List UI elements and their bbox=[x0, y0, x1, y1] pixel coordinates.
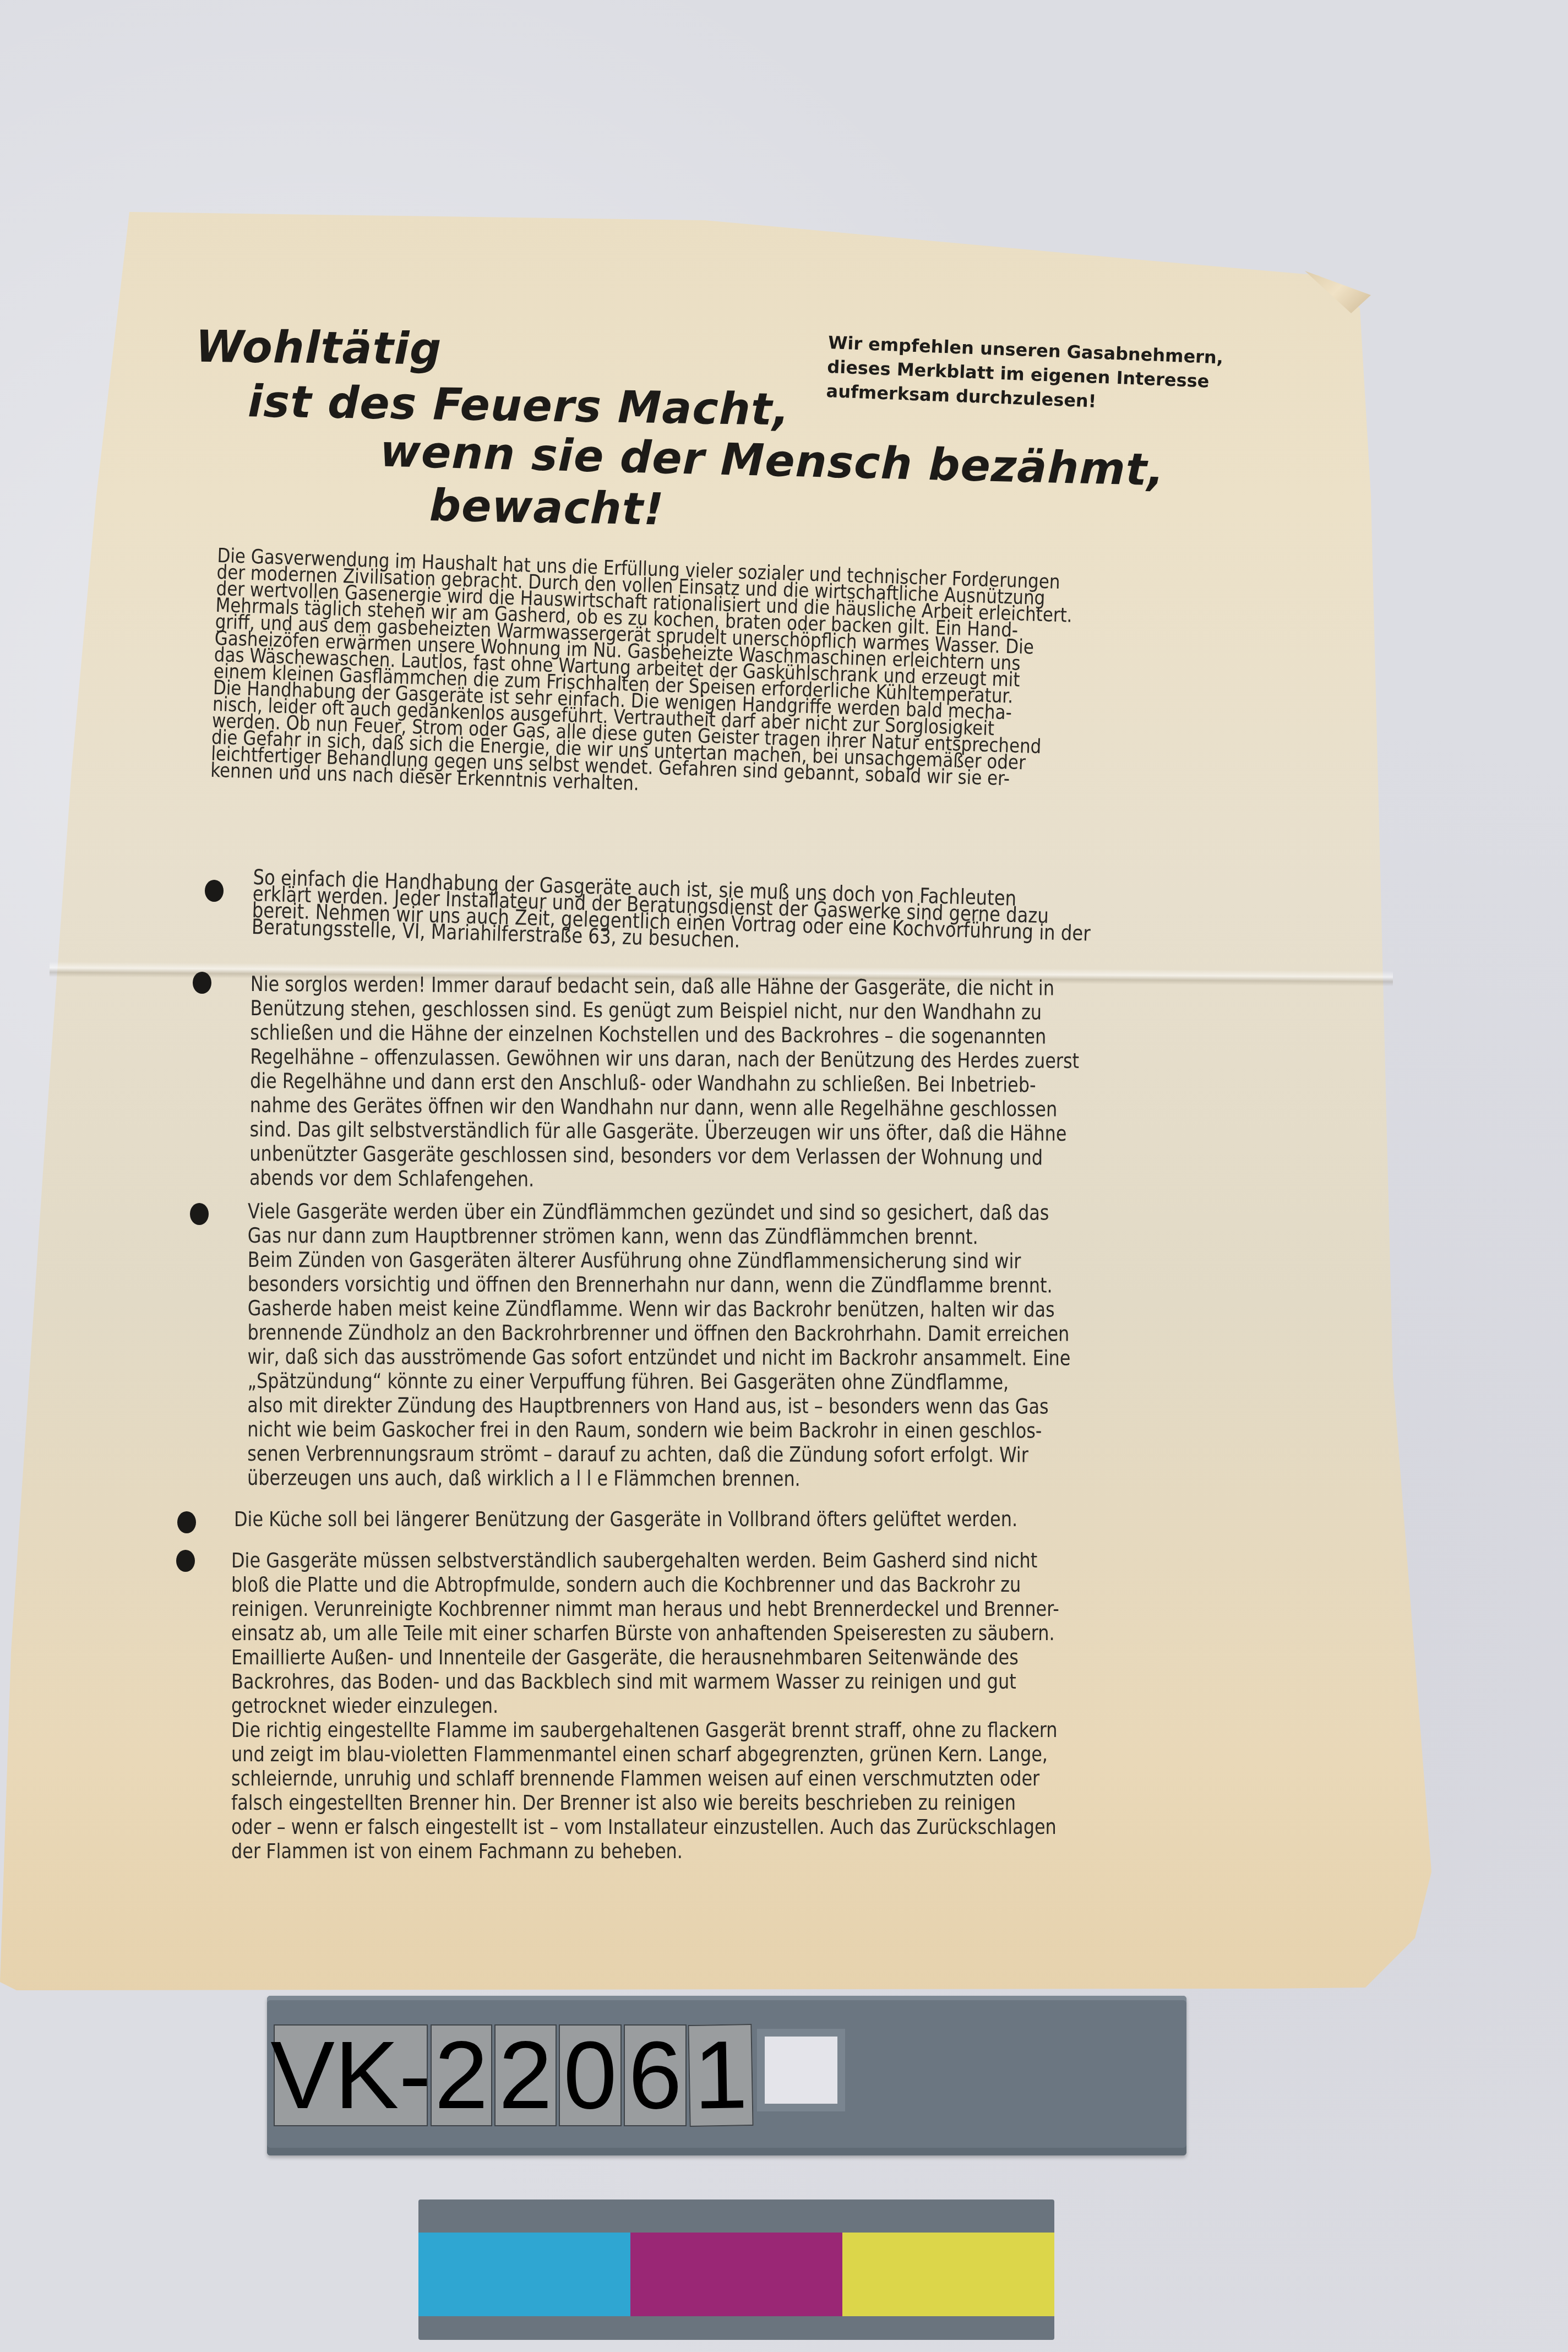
text-line: unbenützter Gasgeräte geschlossen sind, … bbox=[249, 1141, 1079, 1170]
text-line: nahme des Gerätes öffnen wir den Wandhah… bbox=[250, 1093, 1079, 1121]
bullet-paragraph-taps: Nie sorglos werden! Immer darauf bedacht… bbox=[249, 972, 1080, 1194]
headline-line-2: ist des Feuers Macht, bbox=[247, 375, 790, 435]
text-line: Benützung stehen, geschlossen sind. Es g… bbox=[251, 996, 1080, 1025]
text-line: Regelhähne – offenzulassen. Gewöhnen wir… bbox=[250, 1044, 1079, 1073]
magenta-swatch bbox=[630, 2233, 842, 2316]
text-line: Beim Zünden von Gasgeräten älterer Ausfü… bbox=[248, 1248, 1071, 1273]
text-line: Nie sorglos werden! Immer darauf bedacht… bbox=[251, 972, 1080, 1000]
text-line: falsch eingestellten Brenner hin. Der Br… bbox=[231, 1790, 1059, 1815]
text-line: also mit direkter Zündung des Hauptbrenn… bbox=[247, 1393, 1070, 1419]
text-line: Gas nur dann zum Hauptbrenner strömen ka… bbox=[248, 1223, 1071, 1249]
yellow-swatch bbox=[842, 2233, 1054, 2316]
text-line: Emaillierte Außen- und Innenteile der Ga… bbox=[231, 1645, 1059, 1669]
cyan-swatch bbox=[418, 2233, 630, 2316]
text-line: die Regelhähne und dann erst den Anschlu… bbox=[250, 1069, 1079, 1097]
bullet-paragraph-cleaning: Die Gasgeräte müssen selbstverständlich … bbox=[231, 1548, 1059, 1863]
text-line: sind. Das gilt selbstverständlich für al… bbox=[249, 1117, 1079, 1146]
bullet-icon bbox=[205, 880, 224, 902]
label-tile-digit: 6 bbox=[624, 2024, 687, 2126]
text-line: schleiernde, unruhig und schlaff brennen… bbox=[231, 1766, 1059, 1790]
text-line: Viele Gasgeräte werden über ein Zündfläm… bbox=[248, 1199, 1071, 1225]
bullet-paragraph-ventilation: Die Küche soll bei längerer Benützung de… bbox=[234, 1507, 1017, 1531]
label-empty-slot bbox=[757, 2029, 845, 2111]
text-line: Gasherde haben meist keine Zündflamme. W… bbox=[248, 1296, 1071, 1322]
label-tile-digit: 2 bbox=[431, 2024, 492, 2126]
text-line: reinigen. Verunreinigte Kochbrenner nimm… bbox=[231, 1597, 1059, 1621]
text-line: Die Gasgeräte müssen selbstverständlich … bbox=[231, 1548, 1059, 1572]
color-reference-bar bbox=[418, 2199, 1054, 2340]
label-tile-digit: 2 bbox=[494, 2024, 557, 2126]
headline-line-4: bewacht! bbox=[429, 480, 665, 535]
text-line: oder – wenn er falsch eingestellt ist – … bbox=[231, 1815, 1059, 1839]
intro-paragraph: Die Gasverwendung im Haushalt hat uns di… bbox=[210, 548, 1088, 806]
text-line: getrocknet wieder einzulegen. bbox=[231, 1694, 1059, 1718]
text-line: senen Verbrennungsraum strömt – darauf z… bbox=[247, 1441, 1070, 1467]
label-tile-digit: 0 bbox=[559, 2024, 622, 2126]
text-line: nicht wie beim Gaskocher frei in den Rau… bbox=[247, 1417, 1070, 1443]
text-line: abends vor dem Schlafengehen. bbox=[249, 1166, 1079, 1194]
bullet-paragraph-ignition: Viele Gasgeräte werden über ein Zündfläm… bbox=[247, 1199, 1071, 1491]
label-tile-prefix: VK- bbox=[274, 2024, 428, 2126]
text-line: der Flammen ist von einem Fachmann zu be… bbox=[231, 1839, 1059, 1863]
text-line: brennende Zündholz an den Backrohrbrenne… bbox=[248, 1320, 1071, 1346]
text-line: Die Küche soll bei längerer Benützung de… bbox=[234, 1507, 1017, 1531]
bullet-icon bbox=[193, 972, 211, 994]
bullet-icon bbox=[190, 1203, 209, 1225]
text-line: Die richtig eingestellte Flamme im saube… bbox=[231, 1718, 1059, 1742]
text-line: überzeugen uns auch, daß wirklich a l l … bbox=[247, 1466, 1070, 1491]
text-line: einsatz ab, um alle Teile mit einer scha… bbox=[231, 1621, 1059, 1645]
text-line: „Spätzündung“ könnte zu einer Verpuffung… bbox=[247, 1369, 1070, 1395]
text-line: besonders vorsichtig und öffnen den Bren… bbox=[248, 1272, 1071, 1298]
text-line: wir, daß sich das ausströmende Gas sofor… bbox=[247, 1344, 1070, 1370]
text-line: bloß die Platte und die Abtropfmulde, so… bbox=[231, 1572, 1059, 1597]
inventory-label-holder: VK- 2 2 0 6 1 bbox=[267, 1996, 1186, 2155]
bullet-icon bbox=[176, 1550, 195, 1572]
headline-line-1: Wohltätig bbox=[195, 321, 442, 375]
text-line: Backrohres, das Boden- und das Backblech… bbox=[231, 1669, 1059, 1694]
label-tile-digit: 1 bbox=[688, 2024, 753, 2127]
bullet-icon bbox=[177, 1511, 196, 1533]
text-line: und zeigt im blau-violetten Flammenmante… bbox=[231, 1742, 1059, 1766]
text-line: schließen und die Hähne der einzelnen Ko… bbox=[250, 1020, 1079, 1049]
